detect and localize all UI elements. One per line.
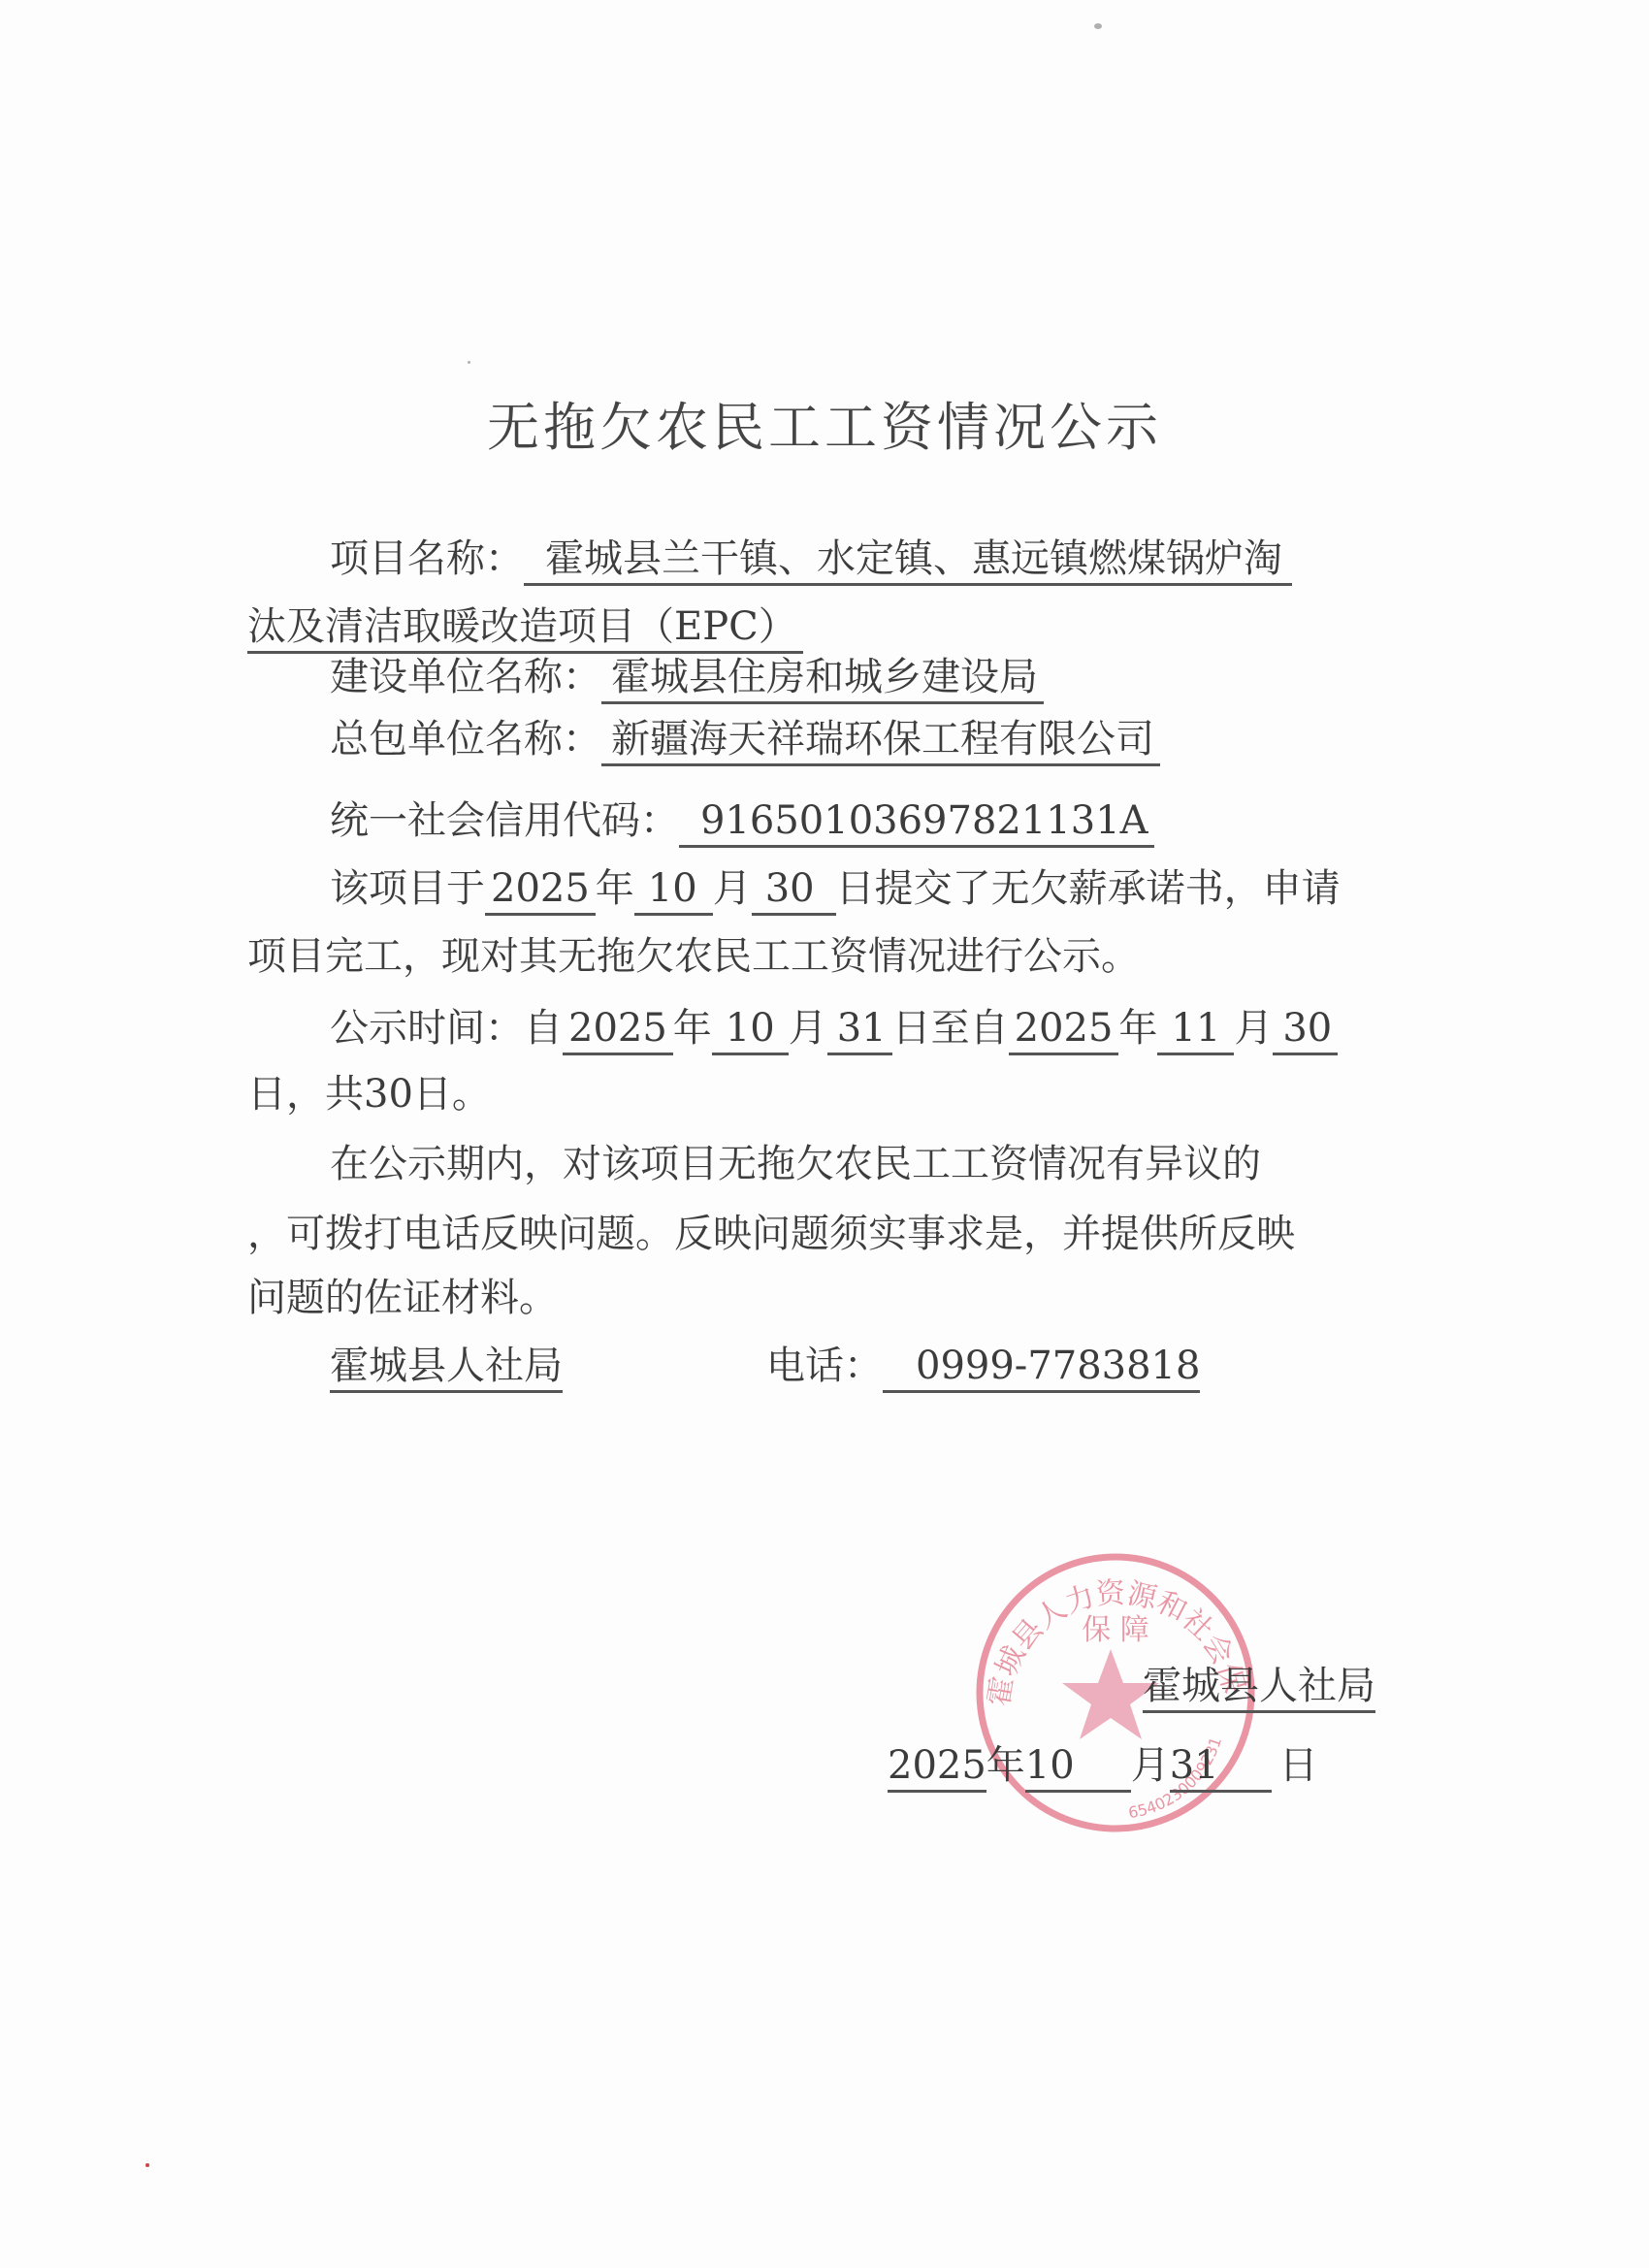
period-start-day: 31 (827, 1006, 892, 1055)
project-name-value-line1: 霍城县兰干镇、水定镇、惠远镇燃煤锅炉淘 (524, 536, 1292, 586)
period-end-year: 2025 (1009, 1006, 1119, 1055)
objection-line-3: 问题的佐证材料。 (247, 1276, 558, 1320)
period-end-day: 30 (1273, 1006, 1338, 1055)
phone-value: 0999-7783818 (883, 1344, 1200, 1393)
signature-date-row: 2025年10月31日 (888, 1746, 1318, 1785)
scanned-document-page: 无拖欠农民工工资情况公示 项目名称：霍城县兰干镇、水定镇、惠远镇燃煤锅炉淘 汰及… (0, 0, 1649, 2268)
scan-speck (468, 361, 470, 364)
period-end-month: 11 (1157, 1006, 1234, 1055)
commitment-line-2: 项目完工，现对其无拖欠农民工工资情况进行公示。 (247, 934, 1140, 979)
credit-code-row: 统一社会信用代码：91650103697821131A (330, 801, 1154, 840)
commitment-row-1: 该项目于2025年10月30日提交了无欠薪承诺书，申请 (330, 869, 1341, 908)
commitment-prefix: 该项目于 (330, 866, 485, 911)
commitment-suffix: 日提交了无欠薪承诺书，申请 (836, 866, 1341, 911)
project-name-value-line2: 汰及清洁取暖改造项目（EPC） (247, 604, 803, 654)
month-unit: 月 (789, 1006, 827, 1051)
period-label: 公示时间：自 (330, 1006, 563, 1051)
commitment-month: 10 (634, 866, 713, 916)
phone-row: 电话：0999-7783818 (766, 1346, 1200, 1385)
month-unit: 月 (713, 866, 752, 911)
period-row-2: 日，共30日。 (247, 1075, 491, 1114)
signature-day: 31 (1170, 1743, 1272, 1793)
document-title: 无拖欠农民工工资情况公示 (0, 386, 1649, 461)
objection-line-2: ，可拨打电话反映问题。反映问题须实事求是，并提供所反映 (247, 1212, 1295, 1256)
year-unit: 年 (673, 1006, 712, 1051)
month-unit: 月 (1234, 1006, 1273, 1051)
builder-label: 建设单位名称： (330, 655, 601, 699)
signature-month: 10 (1025, 1743, 1131, 1793)
objection-row-1: 在公示期内，对该项目无拖欠农民工工资情况有异议的 (330, 1145, 1261, 1183)
period-start-month: 10 (712, 1006, 789, 1055)
scan-speck (1094, 23, 1102, 29)
period-line-2: 日，共30日。 (247, 1072, 491, 1117)
year-unit: 年 (1118, 1006, 1157, 1051)
contact-org: 霍城县人社局 (330, 1344, 563, 1393)
project-name-row: 项目名称：霍城县兰干镇、水定镇、惠远镇燃煤锅炉淘 (330, 539, 1292, 578)
contractor-row: 总包单位名称：新疆海天祥瑞环保工程有限公司 (330, 720, 1160, 759)
year-unit: 年 (986, 1743, 1025, 1788)
project-name-row-2: 汰及清洁取暖改造项目（EPC） (247, 607, 803, 646)
objection-row-2: ，可拨打电话反映问题。反映问题须实事求是，并提供所反映 (247, 1215, 1295, 1253)
builder-row: 建设单位名称：霍城县住房和城乡建设局 (330, 658, 1044, 697)
scan-speck (145, 2163, 149, 2167)
phone-label: 电话： (766, 1344, 883, 1388)
period-middle: 日至自 (892, 1006, 1009, 1051)
credit-code-value: 91650103697821131A (679, 798, 1154, 848)
objection-line-1: 在公示期内，对该项目无拖欠农民工工资情况有异议的 (330, 1142, 1261, 1186)
project-name-label: 项目名称： (330, 536, 524, 581)
signature-year: 2025 (888, 1743, 986, 1793)
year-unit: 年 (596, 866, 634, 911)
stamp-inner-text: 保 障 (1082, 1613, 1149, 1647)
contractor-label: 总包单位名称： (330, 717, 601, 761)
contractor-value: 新疆海天祥瑞环保工程有限公司 (601, 717, 1160, 766)
credit-code-label: 统一社会信用代码： (330, 798, 679, 843)
month-unit: 月 (1131, 1743, 1170, 1788)
signature-org: 霍城县人社局 (1143, 1664, 1375, 1713)
signature-org-row: 霍城县人社局 (1143, 1667, 1375, 1705)
objection-row-3: 问题的佐证材料。 (247, 1279, 558, 1317)
day-unit: 日 (1272, 1743, 1318, 1788)
commitment-day: 30 (752, 866, 836, 916)
contact-row: 霍城县人社局 (330, 1346, 563, 1385)
period-start-year: 2025 (563, 1006, 673, 1055)
builder-value: 霍城县住房和城乡建设局 (601, 655, 1044, 704)
commitment-row-2: 项目完工，现对其无拖欠农民工工资情况进行公示。 (247, 937, 1140, 976)
period-row-1: 公示时间：自2025年10月31日至自2025年11月30 (330, 1009, 1338, 1048)
commitment-year: 2025 (485, 866, 596, 916)
